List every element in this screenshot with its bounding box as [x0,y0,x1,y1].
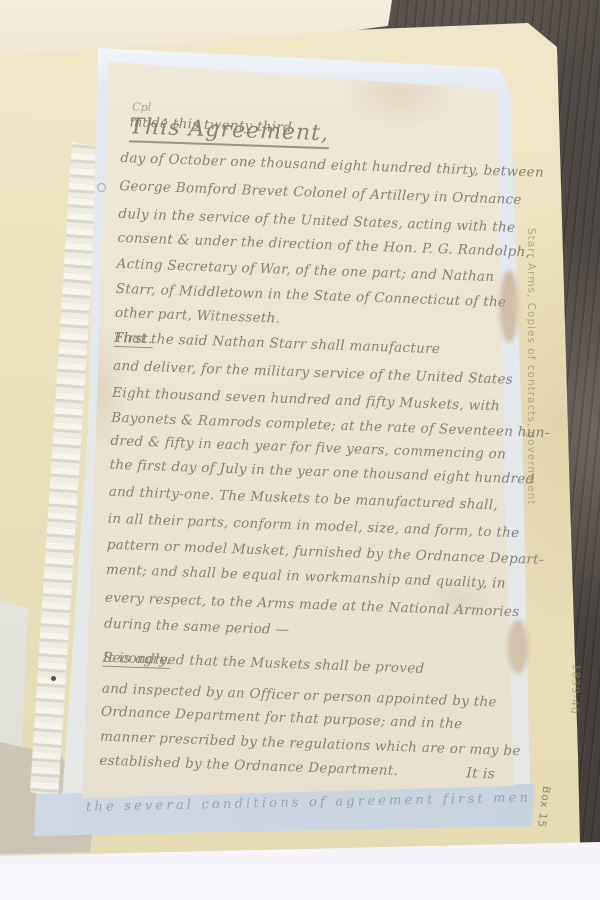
manuscript-line: in all their parts, conform in model, si… [108,511,520,541]
manuscript-line: every respect, to the Arms made at the N… [105,590,520,620]
manuscript-line: Ordnance Department for that purpose; an… [101,704,463,733]
manuscript-line: and thirty-one. The Muskets to be manufa… [108,484,498,514]
manuscript-line: Eight thousand seven hundred and fifty M… [112,385,500,415]
manuscript-line: consent & under the direction of the Hon… [117,230,530,260]
second-clause-text: It is agreed that the Muskets shall be p… [103,650,425,677]
pencil-circle-mark [97,183,106,192]
archival-document-photo: Starr Arms, Copies of contracts, governm… [0,0,600,900]
docket-mark: Cpl [132,100,151,114]
first-clause-text: That the said Nathan Starr shall manufac… [114,330,441,357]
ink-dot [51,676,56,681]
manuscript-line: ment; and shall be equal in workmanship … [106,562,506,592]
folder-box-number: Box 15 [534,785,552,828]
manuscript-line: George Bomford Brevet Colonel of Artille… [119,178,522,208]
folder-side-label-line1: Starr Arms, Copies of contracts, governm… [523,228,538,506]
manuscript-line: other part, Witnesseth. [115,305,281,327]
catchword: It is [466,765,495,782]
last-line-text: established by the Ordnance Department. [99,753,398,779]
manuscript-line: Acting Secretary of War, of the one part… [116,256,494,285]
stain [508,620,528,674]
manuscript-line: day of October one thousand eight hundre… [120,150,544,181]
manuscript-line: and deliver, for the military service of… [113,358,513,388]
folder-date-label: 1839-40 [568,664,582,715]
manuscript-line: during the same period — [104,616,290,638]
stain [500,270,518,342]
manuscript-text: Cpl This Agreement, made this twenty thi… [99,112,514,787]
